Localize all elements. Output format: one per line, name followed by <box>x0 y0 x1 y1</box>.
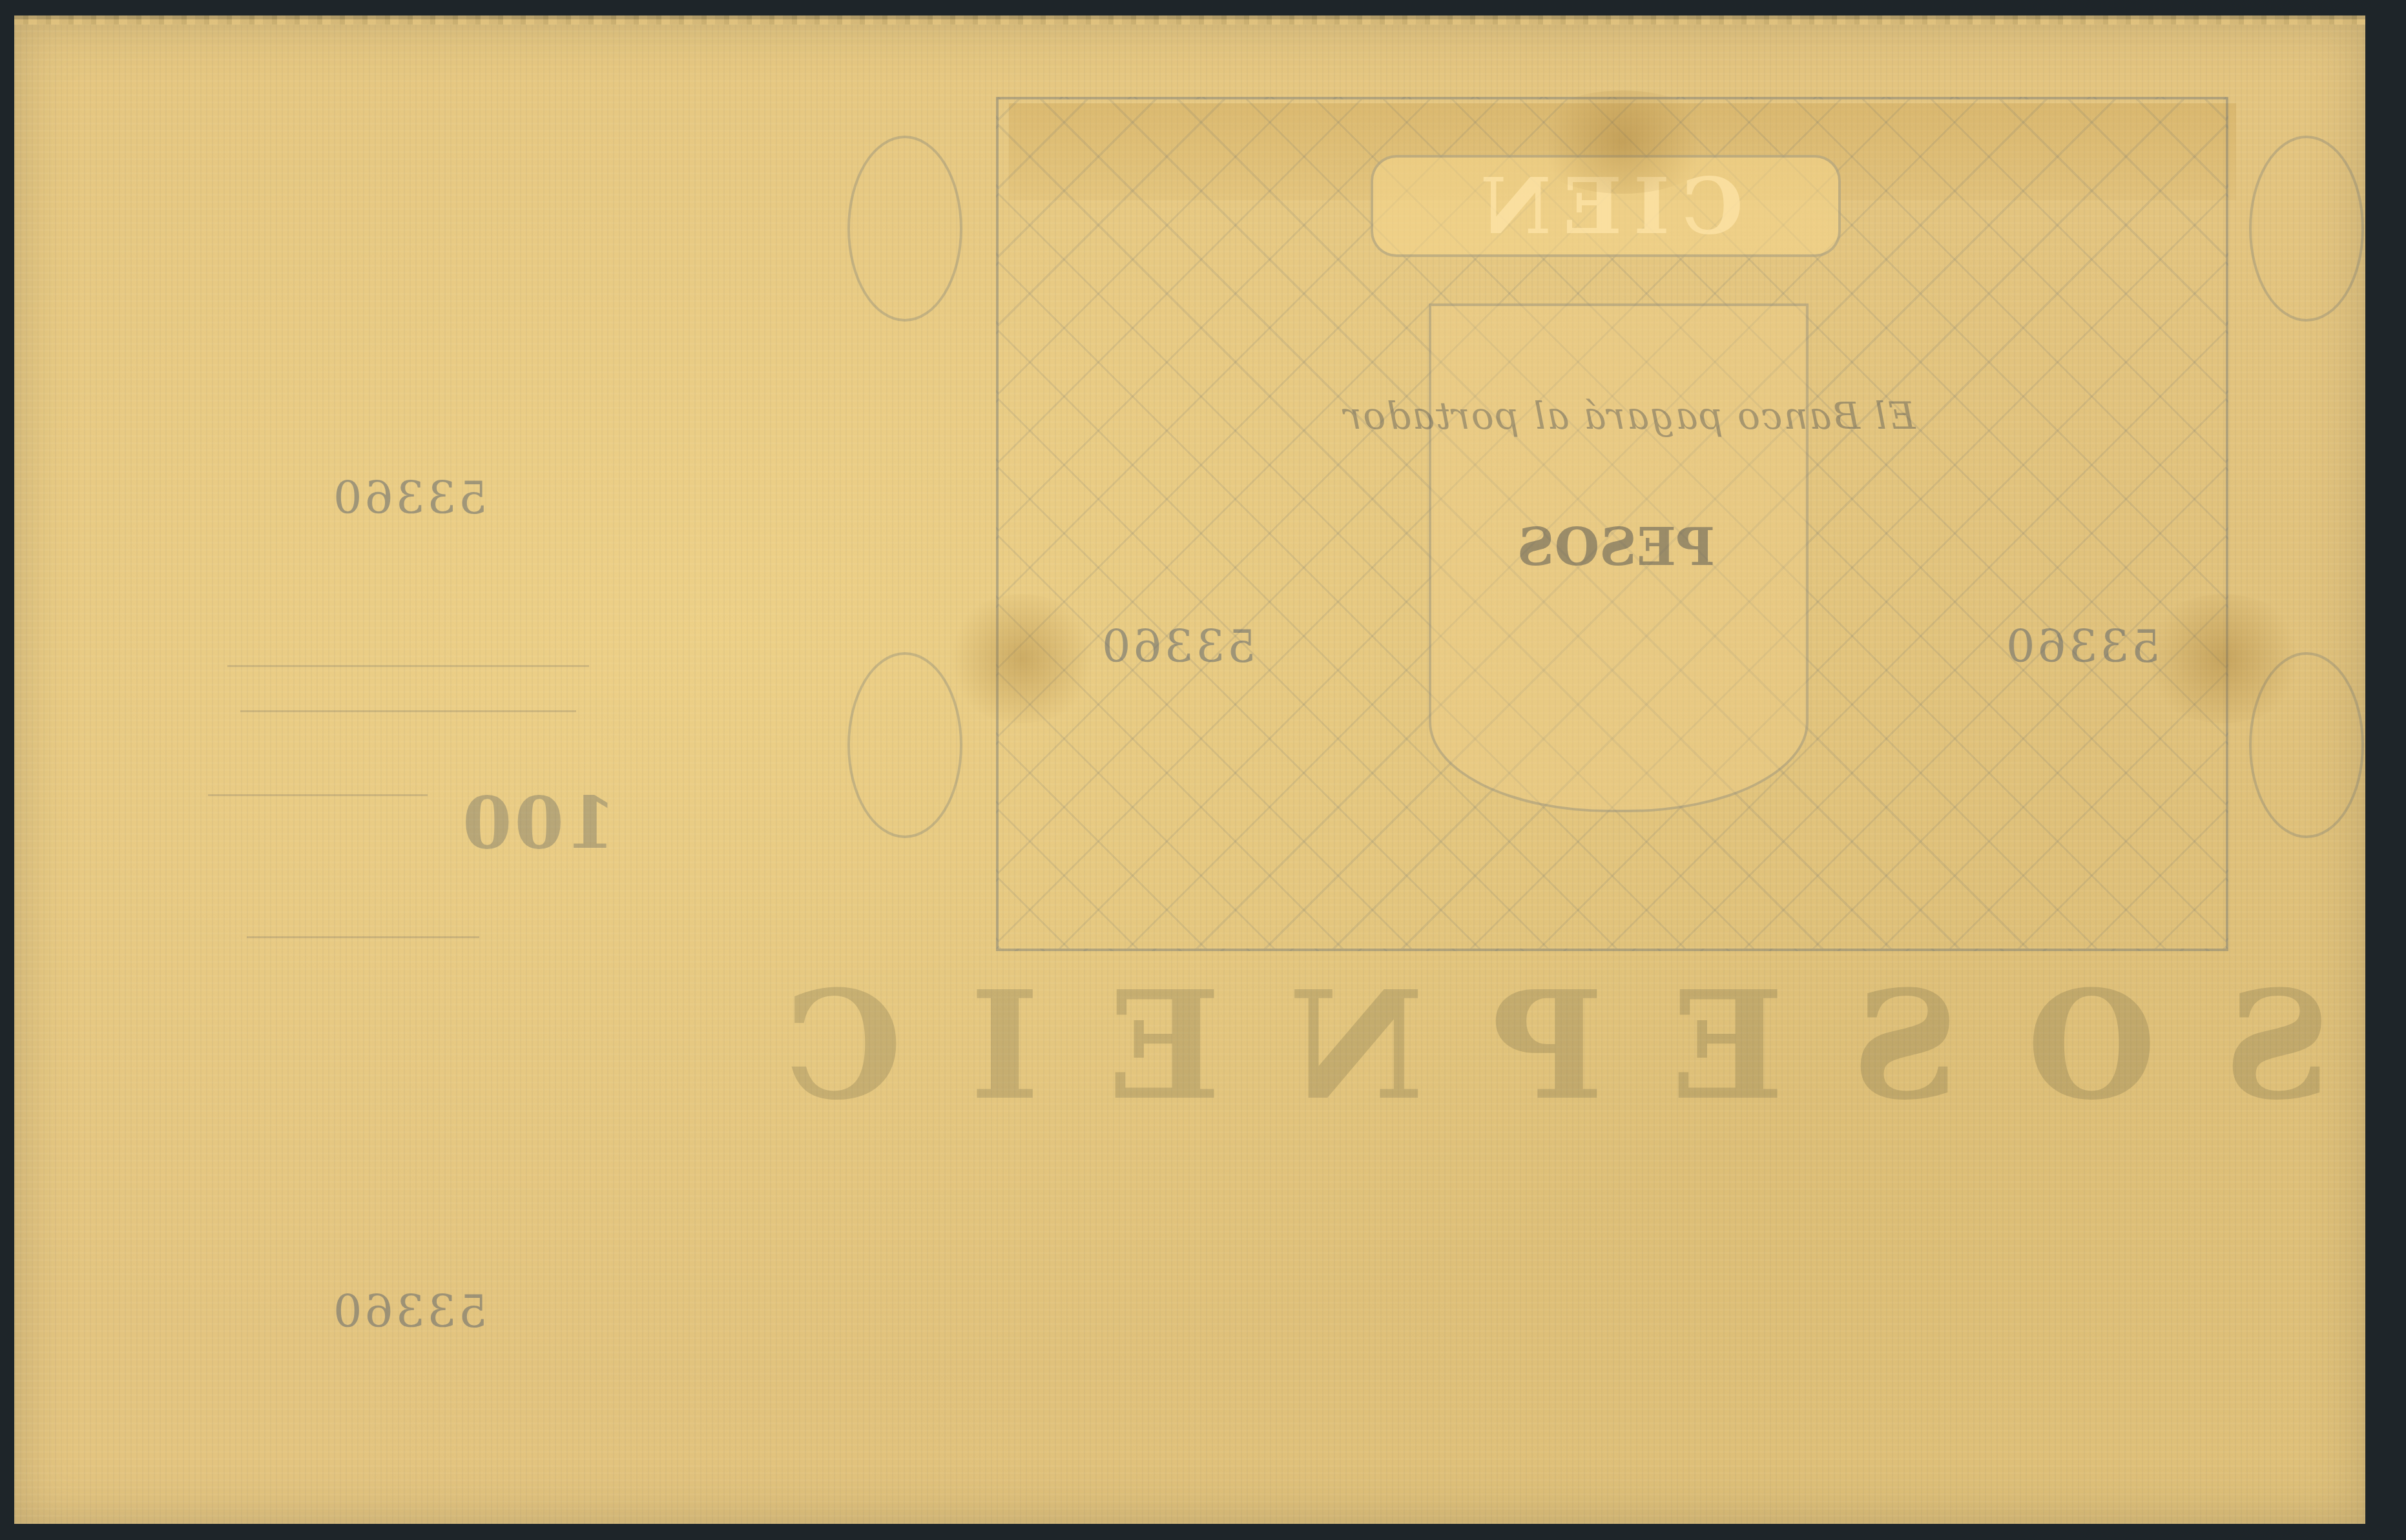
torn-top-edge <box>14 15 2365 25</box>
note-serial-right: 53360 <box>2004 620 2161 673</box>
ghost-letter: S <box>2224 959 2331 1133</box>
corner-oval <box>847 652 962 838</box>
bottom-ghost-lettering: C I E N P E S O S <box>751 949 2365 1143</box>
ghost-letter: N <box>1289 959 1424 1133</box>
stub-serial-bottom: 53360 <box>331 1285 488 1338</box>
stub-denomination: 100 <box>460 781 616 865</box>
ghost-letter: I <box>970 959 1040 1133</box>
stain <box>2139 594 2307 723</box>
corner-oval <box>2249 136 2364 322</box>
stub-line <box>227 665 589 667</box>
value-word: PESOS <box>1500 517 1732 577</box>
note-area: CIEN El Banco pagará al portador PESOS 5… <box>751 84 2365 1143</box>
ghost-letter: C <box>784 959 902 1133</box>
stub-line <box>247 936 479 938</box>
stain <box>1526 90 1719 194</box>
stub-serial-top: 53360 <box>331 471 488 524</box>
ghost-letter: P <box>1492 959 1604 1133</box>
inscription-line: El Banco pagará al portador <box>1112 394 2146 438</box>
ghost-letter: O <box>2027 959 2156 1133</box>
ghost-letter: E <box>1671 959 1784 1133</box>
note-serial-left: 53360 <box>1099 620 1256 673</box>
stain <box>944 594 1099 723</box>
banknote-sheet: 53360 100 53360 CIEN El Banco pagará al … <box>14 19 2365 1524</box>
ghost-letter: E <box>1108 959 1221 1133</box>
stub-line <box>240 710 576 712</box>
ghost-letter: S <box>1852 959 1959 1133</box>
corner-oval <box>847 136 962 322</box>
stub-line <box>208 794 428 796</box>
